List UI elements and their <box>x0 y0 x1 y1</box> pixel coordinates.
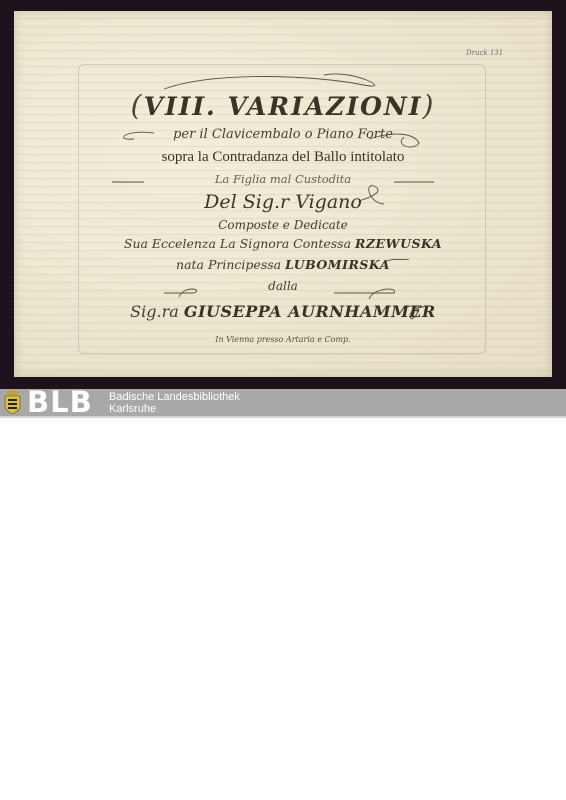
library-banner: BLB Badische Landesbibliothek Karlsruhe <box>0 389 566 418</box>
coat-of-arms-icon <box>4 391 21 414</box>
blb-logo: BLB <box>27 387 93 418</box>
scan-image: Druck 131 (VIII. VARIAZIONI) per il Clav… <box>0 0 566 389</box>
institution-line2: Karlsruhe <box>109 403 240 415</box>
composed-dedicated-line: Composte e Dedicate <box>14 218 552 232</box>
author-name: GIUSEPPA AURNHAMMER <box>184 302 436 321</box>
ballet-composer-name: Vigano <box>295 191 362 213</box>
author-line: Sig.ra GIUSEPPA AURNHAMMER <box>14 302 552 321</box>
handwritten-shelfmark: Druck 131 <box>466 49 503 57</box>
born-line: nata Principessa LUBOMIRSKA <box>14 257 552 272</box>
by-line: dalla <box>14 279 552 293</box>
publisher-line: In Vienna presso Artaria e Comp. <box>14 335 552 344</box>
ballet-composer-line: Del Sig.r Vigano <box>14 191 552 213</box>
born-prefix: nata Principessa <box>176 257 281 272</box>
born-name: LUBOMIRSKA <box>285 257 390 272</box>
institution-name: Badische Landesbibliothek Karlsruhe <box>109 391 240 415</box>
subject-line: sopra la Contradanza del Ballo intitolat… <box>14 149 552 166</box>
dedication-line: Sua Eccelenza La Signora Contessa RZEWUS… <box>14 236 552 251</box>
author-prefix: Sig.ra <box>130 302 179 321</box>
ballet-title-line: La Figlia mal Custodita <box>14 172 552 186</box>
ballet-composer-prefix: Del Sig.r <box>204 191 289 213</box>
title-text: VIII. VARIAZIONI <box>144 92 423 121</box>
main-title: (VIII. VARIAZIONI) <box>14 89 552 122</box>
dedication-name: RZEWUSKA <box>355 236 442 251</box>
dedication-prefix: Sua Eccelenza La Signora Contessa <box>124 236 351 251</box>
institution-line1: Badische Landesbibliothek <box>109 391 240 403</box>
title-page: Druck 131 (VIII. VARIAZIONI) per il Clav… <box>14 11 552 377</box>
instrument-line: per il Clavicembalo o Piano Forte <box>14 127 552 142</box>
